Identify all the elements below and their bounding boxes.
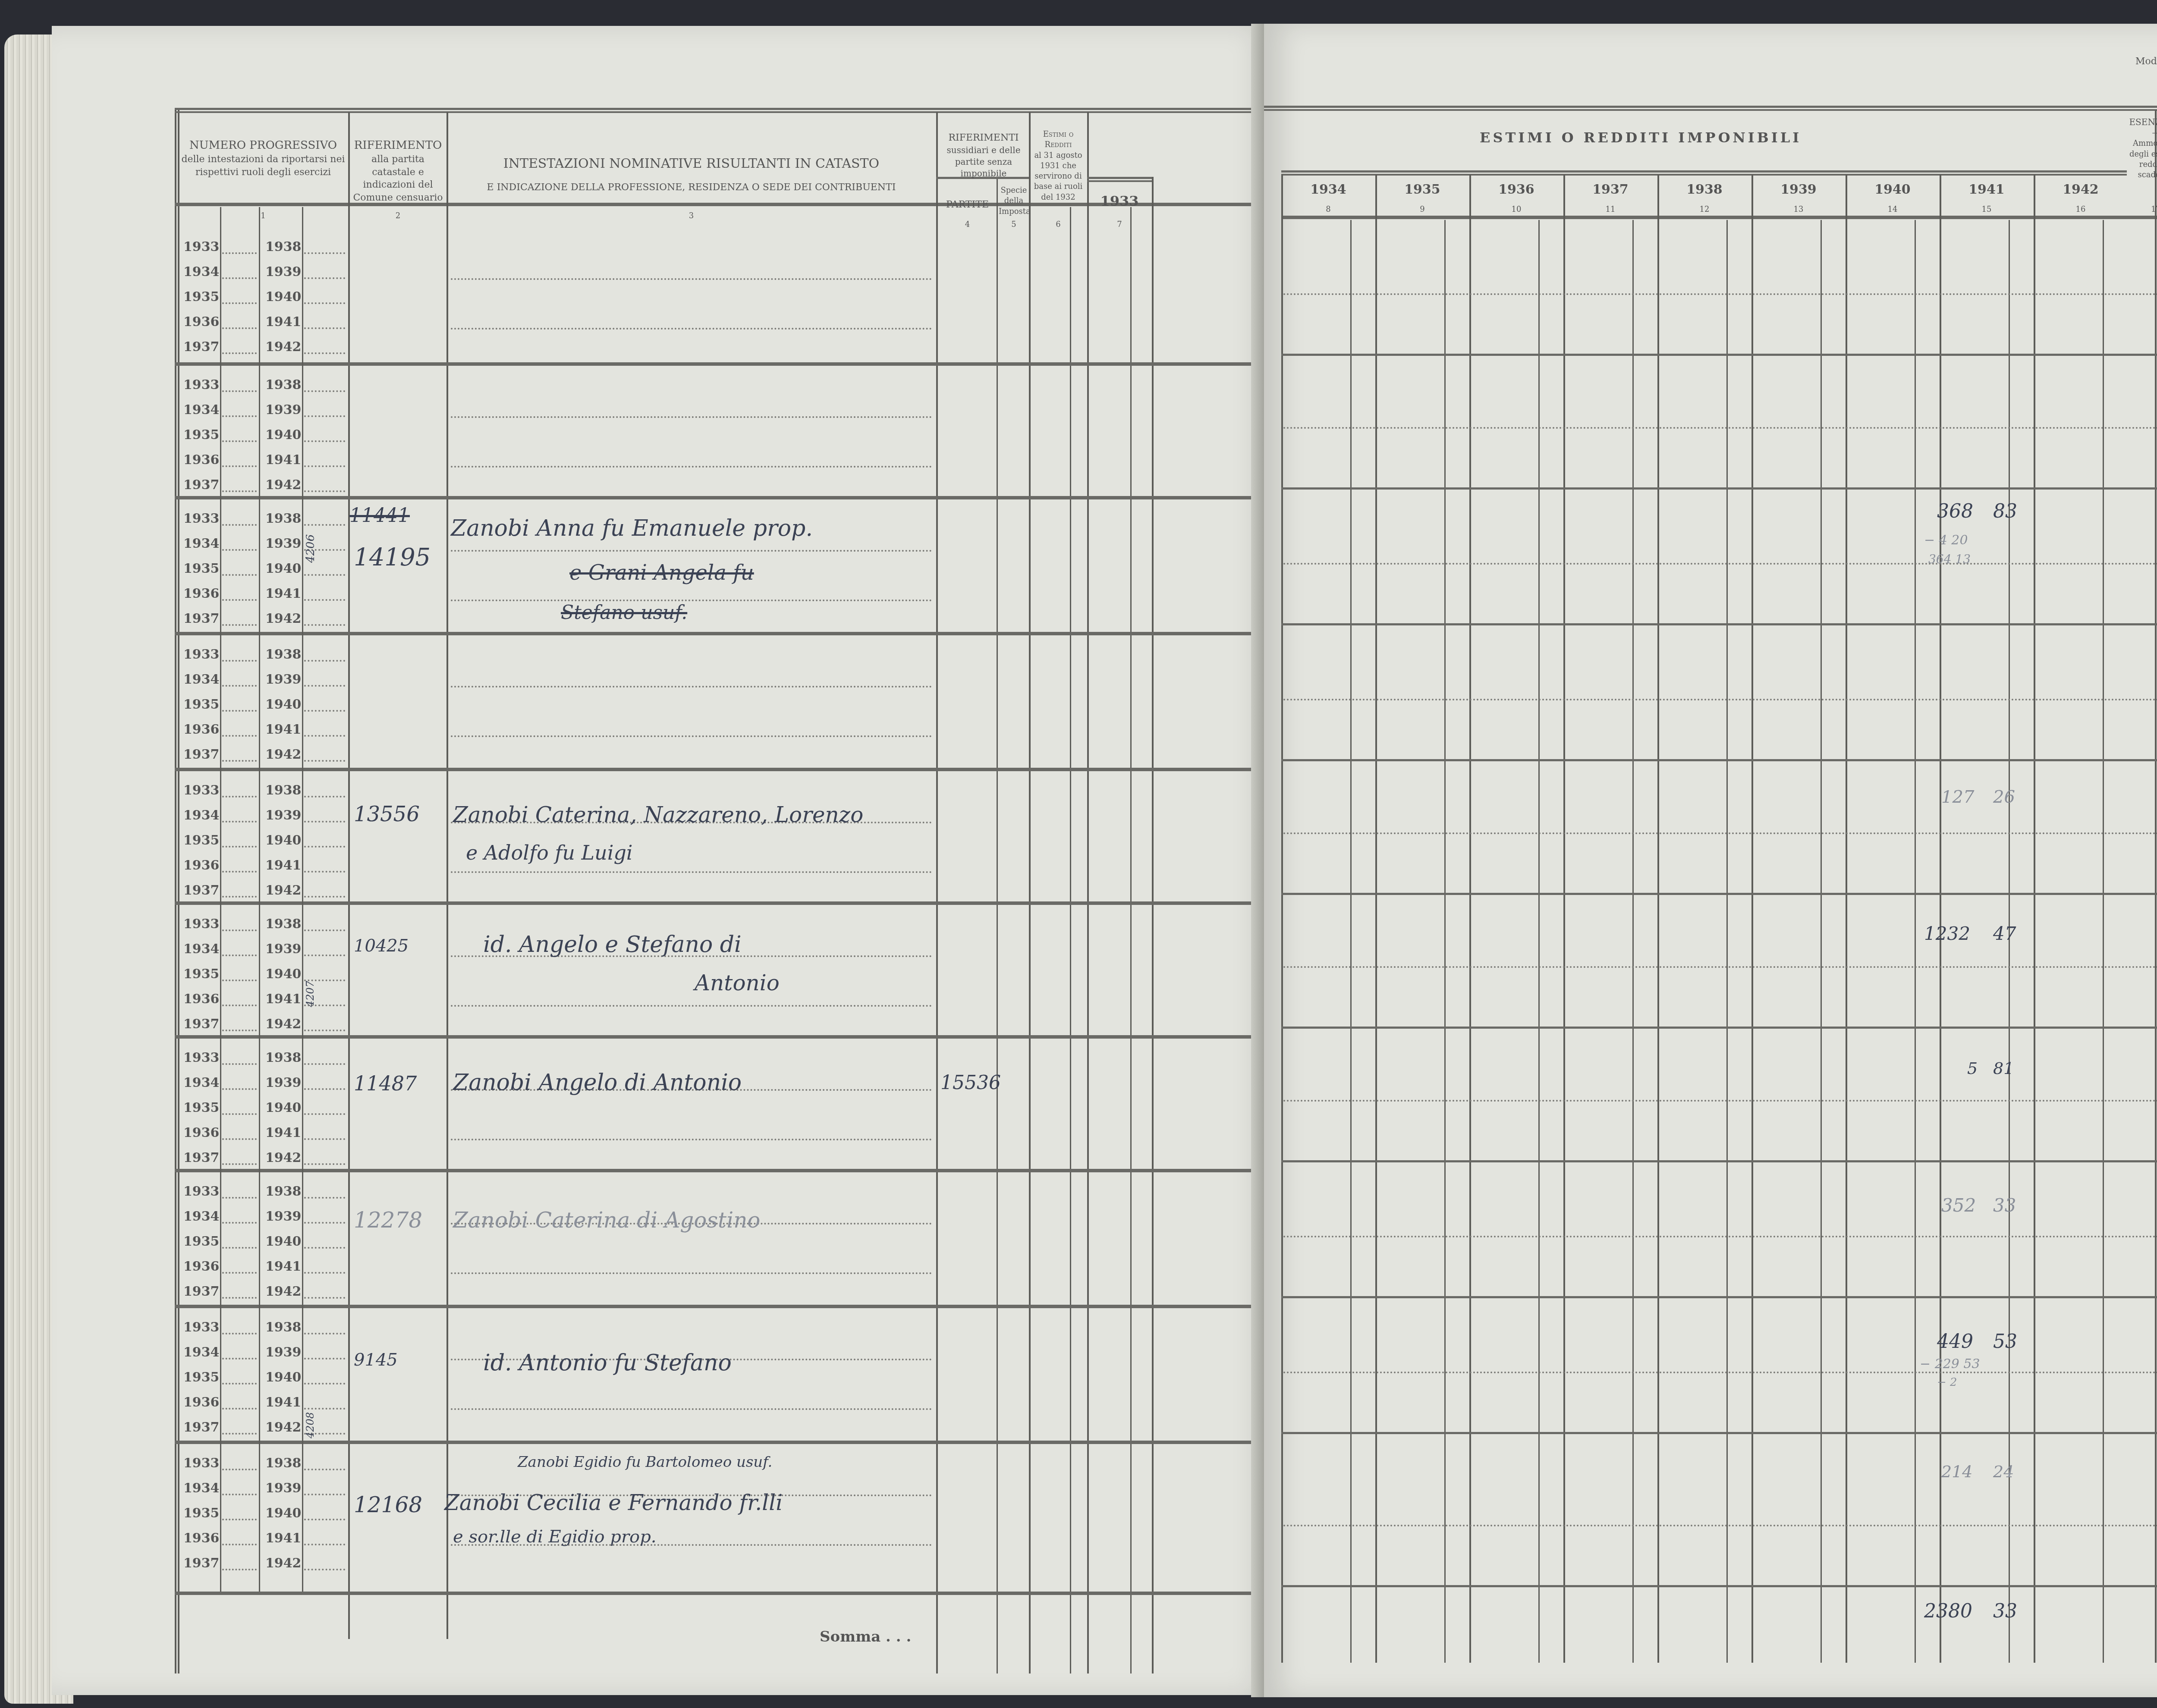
entry8-name-line1: Zanobi Caterina di Agostino [453,1208,760,1233]
year-dotted-rule [304,1333,345,1334]
year-label-right: 1938 [265,1184,302,1199]
col45-subtitle: sussidiari e delle partite senza imponib… [938,144,1029,179]
year-dotted-rule [304,252,345,254]
year-label-right: 1938 [265,647,302,662]
year-col-number: 15 [1940,205,2034,214]
year-dotted-rule [222,1030,257,1031]
year-label-right: 1942 [265,477,302,493]
year-label-left: 1933 [183,1456,220,1471]
col6-title: Estimi o Redditi [1030,129,1086,151]
year-dotted-rule [304,1469,345,1470]
right-block-separator [1281,1432,2157,1434]
year-label-left: 1935 [183,833,220,848]
year-dotted-rule [222,760,257,762]
entry3-side-note: 4206 [304,534,317,563]
year-label-right: 1941 [265,1531,302,1546]
year-dotted-rule [304,1383,345,1385]
entry6-val-1941-cents: 47 [1993,923,2016,944]
entry8-val-1941: 352 [1941,1195,1976,1216]
col1-number: 1 [181,211,345,220]
col1-sub-c [302,207,303,1592]
year-col-number: 9 [1375,205,1469,214]
col6-number: 6 [1030,220,1086,229]
year-dotted-rule [222,524,257,526]
year-label-left: 1935 [183,1370,220,1385]
year-col-divider [1563,175,1565,1663]
year-dotted-rule [304,1358,345,1359]
name-dotted-rule [451,1139,932,1140]
year-label-left: 1933 [183,1050,220,1065]
year-label-left: 1937 [183,1150,220,1165]
entry3-pencil-calc-1: − 4 20 [1924,533,1968,548]
entry8-val-1941-cents: 33 [1993,1195,2016,1216]
year-col-header: 1938 [1657,181,1751,199]
col2-title: RIFERIMENTO [352,138,444,153]
year-col-header: 1937 [1563,181,1657,199]
entry3-partita: 14195 [354,543,431,571]
year-label-right: 1939 [265,942,302,957]
year-label-left: 1933 [183,647,220,662]
year-dotted-rule [222,1544,257,1545]
entry3-name-line2: e Grani Angela fu [569,561,754,585]
right-dotted-rule [1283,563,2157,565]
year-label-right: 1942 [265,747,302,762]
year-dotted-rule [222,1088,257,1090]
year-label-right: 1940 [265,833,302,848]
entry5-partita: 13556 [354,802,420,826]
col7-year: 1933 [1087,192,1152,210]
right-block-separator [1281,893,2157,895]
year-label-right: 1938 [265,377,302,392]
year-dotted-rule [222,710,257,712]
year-dotted-rule [222,1138,257,1140]
year-label-left: 1937 [183,1017,220,1032]
year-cents-divider [2103,220,2104,1663]
year-dotted-rule [304,1113,345,1115]
year-col-number: 16 [2034,205,2128,214]
year-label-right: 1941 [265,1395,302,1410]
year-dotted-rule [304,415,345,417]
year-label-right: 1941 [265,1125,302,1140]
year-dotted-rule [304,352,345,354]
right-block-separator [1281,623,2157,625]
year-col-header: 1942 [2034,181,2128,199]
right-dotted-rule [1283,1100,2157,1102]
col7-sub-rule [1087,177,1152,182]
year-label-left: 1933 [183,239,220,254]
year-label-left: 1934 [183,942,220,957]
col7-cents-divider [1130,207,1132,1673]
year-dotted-rule [304,327,345,329]
year-dotted-rule [222,599,257,601]
right-dotted-rule [1283,966,2157,968]
year-dotted-rule [222,465,257,467]
year-col-divider [1751,175,1753,1663]
name-dotted-rule [451,1005,932,1007]
year-cents-divider [1444,220,1446,1663]
estimi-group-title: ESTIMI O REDDITI IMPONIBILI [1480,129,1802,146]
year-label-right: 1942 [265,339,302,355]
entry10-above-note: Zanobi Egidio fu Bartolomeo usuf. [518,1454,772,1471]
year-label-left: 1937 [183,611,220,626]
somma-1941-total: 2380 [1924,1600,1972,1622]
year-dotted-rule [304,929,345,931]
year-dotted-rule [304,871,345,873]
frame-left [175,108,176,1673]
block-sep-2 [175,496,1270,499]
right-dotted-rule [1283,699,2157,700]
year-label-left: 1936 [183,722,220,737]
col3-title: INTESTAZIONI NOMINATIVE RISULTANTI IN CA… [449,155,934,173]
col2-subtitle: alla partita catastale e indicazioni del… [352,153,444,204]
year-dotted-rule [222,896,257,898]
block-sep-10 [175,1592,1270,1595]
year-label-left: 1936 [183,452,220,468]
years-sub-rule [1281,170,2127,176]
year-label-left: 1936 [183,314,220,330]
name-dotted-rule [451,686,932,688]
year-label-right: 1942 [265,1420,302,1435]
name-dotted-rule [451,735,932,737]
year-dotted-rule [304,1408,345,1410]
year-label-left: 1934 [183,808,220,823]
year-label-right: 1939 [265,1209,302,1224]
year-dotted-rule [222,980,257,981]
year-dotted-rule [304,685,345,687]
block-sep-6 [175,1035,1270,1039]
year-dotted-rule [304,954,345,956]
year-cents-divider [1632,220,1634,1663]
year-dotted-rule [304,1272,345,1274]
year-dotted-rule [304,1247,345,1249]
year-dotted-rule [222,1163,257,1165]
year-label-left: 1935 [183,1506,220,1521]
col17-subtitle: Ammontare degli estimi o redditi e scade… [2129,138,2157,180]
year-dotted-rule [222,252,257,254]
entry3-name-line1: Zanobi Anna fu Emanuele prop. [451,515,813,541]
entry3-partita-struck: 11441 [349,505,410,527]
year-label-left: 1935 [183,1100,220,1115]
right-dotted-rule [1283,293,2157,295]
year-label-right: 1941 [265,314,302,330]
year-dotted-rule [222,1469,257,1470]
right-block-separator [1281,1585,2157,1587]
right-block-separator [1281,354,2157,356]
year-label-right: 1942 [265,1017,302,1032]
year-dotted-rule [222,660,257,662]
year-label-right: 1938 [265,1320,302,1335]
entry10-val-1941-cents: 24 [1993,1462,2014,1481]
right-block-separator [1281,1027,2157,1029]
year-label-left: 1933 [183,377,220,392]
entry7-val-1941: 5 [1967,1059,1978,1078]
year-label-right: 1939 [265,672,302,687]
year-label-left: 1936 [183,1259,220,1274]
year-dotted-rule [304,1222,345,1224]
year-dotted-rule [304,1494,345,1495]
year-label-right: 1942 [265,611,302,626]
year-label-left: 1937 [183,1556,220,1571]
col1-sub-a [220,207,221,1592]
col3-number: 3 [449,211,934,220]
year-dotted-rule [222,415,257,417]
year-col-number: 11 [1563,205,1657,214]
year-label-right: 1940 [265,1370,302,1385]
entry9-val-1941-cents: 53 [1993,1331,2017,1353]
year-label-left: 1935 [183,289,220,305]
year-dotted-rule [304,624,345,626]
year-dotted-rule [222,685,257,687]
year-dotted-rule [222,440,257,442]
entry7-partita: 11487 [354,1072,417,1095]
year-dotted-rule [304,465,345,467]
year-label-right: 1940 [265,1234,302,1249]
entry9-side-note: 4208 [304,1412,316,1438]
name-dotted-rule [451,466,932,468]
entry10-name-line2: e sor.lle di Egidio prop. [453,1527,656,1547]
entry9-pencil-calc-2: − 2 [1937,1376,1957,1389]
entry10-name-line1: Zanobi Cecilia e Fernando fr.lli [444,1490,783,1515]
year-dotted-rule [304,735,345,737]
year-label-left: 1937 [183,339,220,355]
year-dotted-rule [304,1519,345,1520]
name-dotted-rule [451,871,932,873]
col1-sub-b [259,207,260,1592]
entry5-name-line2: e Adolfo fu Luigi [466,841,633,864]
year-dotted-rule [304,1297,345,1299]
year-col-divider [1846,175,1847,1663]
year-col-header: 1936 [1469,181,1563,199]
entry3-val-1941-cents: 83 [1993,500,2017,522]
entry6-name-line1: id. Angelo e Stefano di [483,932,742,958]
year-cents-divider [1915,220,1916,1663]
year-dotted-rule [304,1138,345,1140]
year-label-left: 1936 [183,1395,220,1410]
year-label-right: 1941 [265,452,302,468]
year-label-right: 1939 [265,808,302,823]
year-label-left: 1934 [183,264,220,279]
right-block-separator [1281,487,2157,490]
year-dotted-rule [222,574,257,576]
year-dotted-rule [222,1247,257,1249]
year-label-left: 1934 [183,1209,220,1224]
year-label-left: 1934 [183,672,220,687]
year-label-right: 1942 [265,1556,302,1571]
year-label-right: 1939 [265,1481,302,1496]
year-dotted-rule [222,1272,257,1274]
year-col-number: 12 [1657,205,1751,214]
year-label-right: 1942 [265,1284,302,1299]
somma-label: Somma . . . [820,1628,911,1645]
right-dotted-rule [1283,1236,2157,1237]
year-label-right: 1940 [265,1100,302,1115]
entry9-val-1941: 449 [1937,1331,1973,1353]
year-dotted-rule [222,1113,257,1115]
col-divider-4-5 [997,177,998,1673]
col4-number: 4 [938,220,997,229]
year-label-right: 1938 [265,917,302,932]
year-col-divider [1375,175,1377,1663]
entry3-val-1941: 368 [1937,500,1973,522]
year-dotted-rule [222,821,257,823]
year-label-right: 1939 [265,402,302,418]
year-label-right: 1939 [265,264,302,279]
entry6-name-line2: Antonio [695,970,780,995]
year-dotted-rule [304,660,345,662]
year-label-right: 1940 [265,967,302,982]
year-dotted-rule [304,599,345,601]
year-label-left: 1937 [183,477,220,493]
year-label-left: 1935 [183,1234,220,1249]
year-label-right: 1939 [265,1345,302,1360]
right-block-separator [1281,1160,2157,1162]
year-dotted-rule [304,524,345,526]
year-col-header: 1941 [1940,181,2034,199]
entry5-name-line1: Zanobi Caterina, Nazzareno, Lorenzo [453,802,863,827]
year-dotted-rule [222,1063,257,1065]
year-dotted-rule [304,1197,345,1199]
col-divider-5-6 [1029,112,1031,1673]
entry5-val-1941: 127 [1941,787,1974,807]
year-cents-divider [1726,220,1728,1663]
entry9-partita: 9145 [354,1350,398,1370]
year-dotted-rule [222,1383,257,1385]
year-col-header: 1939 [1751,181,1846,199]
block-sep-3 [175,632,1270,635]
year-dotted-rule [222,277,257,279]
entry10-val-1941: 214 [1941,1462,1973,1481]
name-dotted-rule [451,328,932,330]
block-sep-1 [175,362,1270,366]
year-cents-divider [1350,220,1352,1663]
year-label-right: 1939 [265,536,302,551]
year-label-right: 1942 [265,883,302,898]
year-dotted-rule [222,1197,257,1199]
year-label-left: 1934 [183,1075,220,1090]
col5-label: Specie della Imposta [999,185,1029,217]
year-label-left: 1936 [183,858,220,873]
year-dotted-rule [304,846,345,848]
year-dotted-rule [222,1005,257,1006]
entry6-partita: 10425 [354,936,409,956]
year-dotted-rule [304,821,345,823]
year-label-left: 1937 [183,747,220,762]
year-label-left: 1933 [183,783,220,798]
col17-left [2155,110,2157,1663]
entry6-val-1941: 1232 [1924,923,1970,944]
year-dotted-rule [304,302,345,304]
col3-subtitle: E INDICAZIONE DELLA PROFESSIONE, RESIDEN… [449,181,934,194]
entry7-name-line1: Zanobi Angelo di Antonio [453,1070,742,1096]
year-dotted-rule [222,1433,257,1435]
entry9-pencil-calc-1: − 229 53 [1920,1356,1980,1372]
year-dotted-rule [222,1494,257,1495]
col7-number: 7 [1087,220,1152,229]
entry7-val-1941-cents: 81 [1993,1059,2014,1078]
year-dotted-rule [222,1569,257,1570]
year-label-left: 1936 [183,1125,220,1140]
year-label-left: 1934 [183,1345,220,1360]
year-label-right: 1940 [265,289,302,305]
year-label-right: 1939 [265,1075,302,1090]
year-label-right: 1940 [265,561,302,576]
year-col-number: 10 [1469,205,1563,214]
year-label-right: 1938 [265,1050,302,1065]
year-label-left: 1936 [183,586,220,601]
year-label-left: 1934 [183,1481,220,1496]
name-dotted-rule [451,600,932,601]
block-sep-5 [175,901,1270,905]
year-label-right: 1942 [265,1150,302,1165]
year-dotted-rule [304,390,345,392]
year-label-left: 1935 [183,967,220,982]
col5-number: 5 [999,220,1029,229]
year-dotted-rule [222,327,257,329]
entry10-partita: 12168 [354,1492,422,1517]
year-label-right: 1941 [265,722,302,737]
year-col-header: 1940 [1846,181,1940,199]
year-dotted-rule [304,796,345,797]
year-dotted-rule [304,1569,345,1570]
col1-title: NUMERO PROGRESSIVO [181,138,345,153]
year-dotted-rule [222,871,257,873]
col-divider-1-2 [348,112,350,1639]
year-label-right: 1938 [265,783,302,798]
year-col-number: 14 [1846,205,1940,214]
year-label-right: 1941 [265,586,302,601]
year-col-divider [1940,175,1941,1663]
year-label-left: 1935 [183,697,220,712]
col6-cents-divider [1070,207,1071,1673]
year-label-left: 1936 [183,1531,220,1546]
col1-subtitle: delle intestazioni da riportarsi nei ris… [181,153,345,179]
year-label-left: 1937 [183,883,220,898]
year-dotted-rule [304,277,345,279]
col-divider-3-4 [936,112,938,1673]
year-dotted-rule [304,490,345,492]
year-dotted-rule [222,735,257,737]
right-dotted-rule [1283,1525,2157,1526]
year-label-right: 1940 [265,697,302,712]
year-dotted-rule [222,352,257,354]
year-dotted-rule [222,954,257,956]
ledger-page-left: NUMERO PROGRESSIVO delle intestazioni da… [52,26,1273,1695]
name-dotted-rule [451,278,932,280]
entry7-partite-ref: 15536 [940,1072,1001,1094]
year-cents-divider [1538,220,1540,1663]
year-label-left: 1937 [183,1420,220,1435]
year-label-left: 1934 [183,536,220,551]
year-col-divider [1281,175,1283,1663]
year-dotted-rule [222,624,257,626]
name-dotted-rule [451,1272,932,1274]
frame-left-inner [178,108,179,1673]
year-label-right: 1938 [265,1456,302,1471]
year-dotted-rule [222,390,257,392]
block-sep-9 [175,1441,1270,1444]
year-dotted-rule [222,490,257,492]
year-label-right: 1938 [265,511,302,526]
ledger-page-right: Mod. 111 - Imposte Dirette (Intercalare)… [1264,24,2157,1697]
year-dotted-rule [222,929,257,931]
year-label-left: 1933 [183,917,220,932]
name-dotted-rule [451,416,932,418]
year-dotted-rule [304,710,345,712]
right-header-bottom-rule [1281,216,2157,219]
somma-1941-total-cents: 33 [1993,1600,2017,1622]
col-divider-6-7 [1087,112,1089,1673]
year-label-right: 1940 [265,427,302,443]
